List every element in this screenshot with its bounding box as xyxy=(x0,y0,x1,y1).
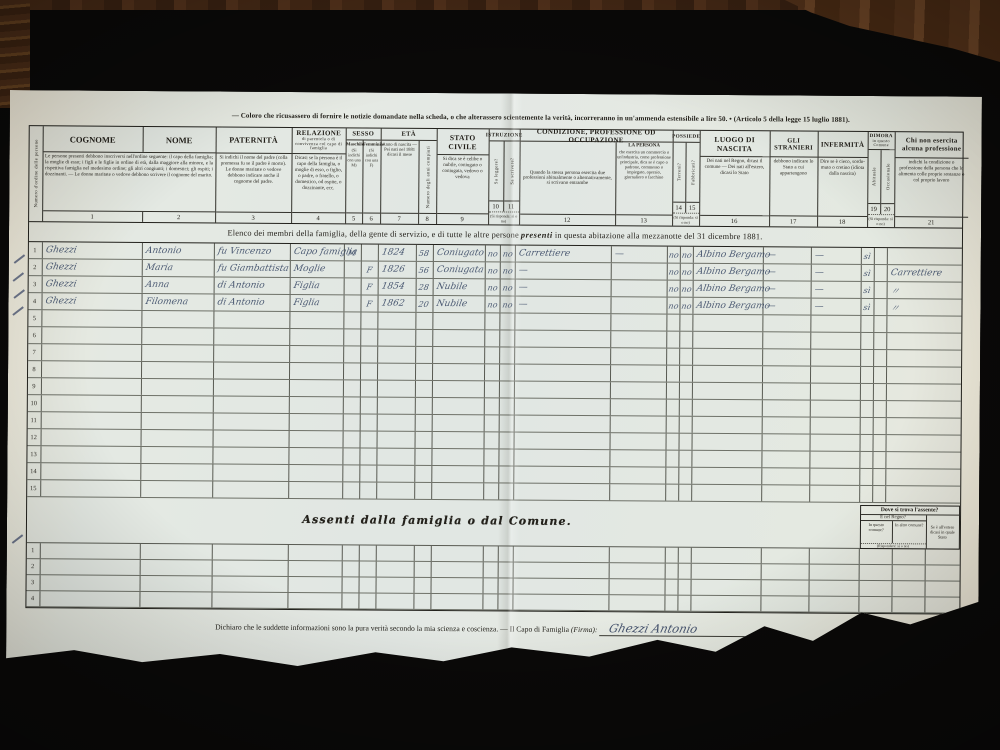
cell-stato xyxy=(433,313,485,329)
cell-prof xyxy=(515,331,611,348)
col-number: 16 xyxy=(700,215,769,226)
cell-sf xyxy=(360,482,377,498)
cell-anno xyxy=(377,466,415,482)
handwritten-value: no xyxy=(501,300,513,309)
cell-nome xyxy=(140,592,212,608)
handwritten-value: 56 xyxy=(418,265,430,274)
cell-infermita xyxy=(809,549,859,564)
cell-relazione xyxy=(290,329,344,345)
handwritten-value: 〃 xyxy=(886,284,900,297)
cell-ab3 xyxy=(925,597,959,612)
header-stranieri-desc: debbono indicare lo Stato a cui apparten… xyxy=(770,157,817,215)
cell-legge xyxy=(485,347,500,363)
cell-fabbricati xyxy=(679,468,692,484)
cell-sf xyxy=(360,397,377,413)
cell-stato xyxy=(432,364,484,380)
cell-ab1 xyxy=(859,565,892,580)
header-infermita: INFERMITÀ Dire se è cieco, sordo-muto o … xyxy=(818,132,869,227)
header-cognome-title: COGNOME xyxy=(43,126,143,152)
cell-terreni xyxy=(666,400,679,416)
cell-fabbricati xyxy=(678,580,691,595)
handwritten-value: Figlia xyxy=(289,298,320,308)
handwritten-value: — xyxy=(514,300,528,310)
cell-sf xyxy=(360,431,377,447)
header-luogo: LUOGO DI NASCITA Dei nati nel Regno, dic… xyxy=(700,131,771,226)
cell-relazione xyxy=(289,448,343,464)
cell-nome xyxy=(141,362,213,379)
handwritten-value: Filomena xyxy=(141,297,188,307)
cell-cognome: Ghezzi xyxy=(42,276,142,293)
cell-cognome xyxy=(42,344,142,361)
cell-abituale xyxy=(860,486,873,502)
cell-anni xyxy=(416,330,433,346)
handwritten-value: no xyxy=(680,267,692,276)
row-number: 2 xyxy=(28,259,42,275)
cell-paternita: fu Giambattista xyxy=(214,260,290,277)
cell-stranieri xyxy=(762,383,810,399)
cell-sf: F xyxy=(361,295,378,311)
cell-anni xyxy=(416,347,433,363)
cell-stranieri xyxy=(763,315,811,331)
col-number: 7 xyxy=(381,213,418,224)
cell-prof xyxy=(514,382,610,399)
cell-occasionale xyxy=(874,282,887,298)
cell-prof: — xyxy=(515,263,611,280)
cell-chinon xyxy=(886,384,960,401)
col-number: 13 xyxy=(616,214,672,225)
cell-occasionale xyxy=(873,486,886,502)
cell-sf xyxy=(360,414,377,430)
cell-anno xyxy=(377,449,415,465)
cell-fabbricati: no xyxy=(680,298,693,314)
header-chinon-desc: indichi la condizione o professione dell… xyxy=(895,158,968,217)
cell-stato xyxy=(433,347,485,363)
cell-anno xyxy=(377,483,415,499)
cell-infermita: — xyxy=(811,265,861,281)
cell-sm xyxy=(343,465,360,481)
handwritten-value: Albino Bergamo xyxy=(692,250,770,261)
cell-anni: 28 xyxy=(416,279,433,295)
cell-luogo xyxy=(691,580,761,595)
cell-luogo: Albino Bergamo xyxy=(693,298,763,314)
cell-anni: 56 xyxy=(416,262,433,278)
cell-anni xyxy=(415,432,432,448)
cell-relazione xyxy=(289,414,343,430)
cell-stranieri xyxy=(763,349,811,365)
header-sesso: SESSO Maschile (Si indichi con una M) 5 … xyxy=(346,128,381,223)
cell-stato xyxy=(432,398,484,414)
cell-stranieri xyxy=(762,451,810,467)
handwritten-value: F xyxy=(366,265,373,274)
cell-nome xyxy=(140,576,212,592)
cell-prof xyxy=(514,399,610,416)
handwritten-value: Carrettiere xyxy=(514,249,570,259)
handwritten-value: sì xyxy=(863,251,871,260)
cell-paternita xyxy=(212,592,288,608)
cell-prof xyxy=(515,348,611,365)
cell-paternita xyxy=(213,464,289,481)
cell-abituale: sì xyxy=(861,265,874,281)
cell-luogo xyxy=(692,383,762,399)
cell-infermita: — xyxy=(811,282,861,298)
cell-sf: F xyxy=(361,278,378,294)
header-luogo-desc: Dei nati nel Regno, dicasi il comune — D… xyxy=(700,157,769,215)
handwritten-value: no xyxy=(486,283,498,292)
cell-stato: Nubile xyxy=(433,279,485,295)
cell-cognome xyxy=(41,480,141,497)
header-chinon: Chi non esercita alcuna professione indi… xyxy=(894,132,969,228)
cell-terreni xyxy=(665,596,678,611)
cell-cognome: Ghezzi xyxy=(42,259,142,276)
col-number: 8 xyxy=(419,213,436,224)
header-sa-scrivere: Sa scrivere? xyxy=(509,157,514,184)
header-condizione: CONDIZIONE, PROFESSIONE OD OCCUPAZIONE Q… xyxy=(520,130,673,226)
row-number: 14 xyxy=(27,463,41,479)
subtitle-pre: Elenco dei membri della famiglia, della … xyxy=(227,229,518,240)
cell-relazione xyxy=(290,346,344,362)
header-possiede: POSSIEDE Terreni? 14 Fabbricati? 15 (Si … xyxy=(673,131,700,226)
cell-sm xyxy=(343,482,360,498)
handwritten-value: Maria xyxy=(141,263,173,273)
cell-relazione xyxy=(290,312,344,328)
header-cognome-nome: COGNOME NOME Le persone presenti debbono… xyxy=(43,126,216,222)
handwritten-value: 1854 xyxy=(377,282,405,292)
cell-chinon xyxy=(887,248,961,265)
cell-paternita xyxy=(213,413,289,430)
header-possiede-title: POSSIEDE xyxy=(673,131,699,143)
cell-abituale xyxy=(860,469,873,485)
handwritten-value: di Antonio xyxy=(213,297,265,307)
header-terreni: Terreni? xyxy=(676,163,681,181)
cell-nome xyxy=(141,447,213,464)
header-abituale: Abituale xyxy=(871,167,876,186)
cell-abituale: sì xyxy=(861,299,874,315)
header-paternita-desc: Si indichi il nome del padre (colla prem… xyxy=(216,153,291,212)
handwritten-value: 1824 xyxy=(377,248,405,258)
handwritten-value: Coniugato xyxy=(432,248,484,258)
cell-sf xyxy=(361,244,378,260)
cell-cognome xyxy=(41,395,141,412)
handwritten-value: — xyxy=(762,301,776,311)
cell-relazione xyxy=(288,561,342,576)
tally-mark xyxy=(12,534,23,543)
cell-abituale xyxy=(860,435,873,451)
cell-paternita xyxy=(212,544,288,560)
cell-sf xyxy=(361,312,378,328)
handwritten-value: Ghezzi xyxy=(41,262,77,272)
cell-anni xyxy=(415,364,432,380)
cell-prof xyxy=(514,416,610,433)
cell-abituale xyxy=(861,350,874,366)
cell-luogo xyxy=(692,485,762,501)
handwritten-value: Antonio xyxy=(141,246,181,256)
row-number: 15 xyxy=(27,480,41,496)
cell-sf xyxy=(361,329,378,345)
cell-stranieri xyxy=(761,548,809,563)
handwritten-value: Albino Bergamo xyxy=(692,301,770,312)
cell-luogo xyxy=(693,332,763,348)
cell-nome xyxy=(140,544,212,560)
cell-terreni: no xyxy=(667,264,680,280)
cell-terreni xyxy=(665,564,678,579)
header-sesso-title: SESSO xyxy=(346,128,380,140)
cell-stato: Nubile xyxy=(433,296,485,312)
cell-ab2 xyxy=(892,549,925,564)
header-paternita: PATERNITÀ Si indichi il nome del padre (… xyxy=(216,127,293,223)
cell-sm xyxy=(344,346,361,362)
col-number: 20 xyxy=(881,203,894,214)
cell-luogo xyxy=(691,548,761,563)
handwritten-value: no xyxy=(487,249,499,258)
col-number: 12 xyxy=(520,214,615,226)
cell-occasionale xyxy=(874,299,887,315)
cell-sm xyxy=(343,448,360,464)
subtitle-presenti: presenti xyxy=(521,231,553,240)
cell-relazione: Capo famiglia xyxy=(290,244,344,260)
cell-stranieri: — xyxy=(763,281,811,297)
cell-fabbricati xyxy=(679,366,692,382)
cell-infermita xyxy=(810,486,860,502)
cell-relazione xyxy=(289,465,343,481)
cell-anno: 1862 xyxy=(378,296,416,312)
cell-occasionale xyxy=(874,350,887,366)
handwritten-value: no xyxy=(668,250,680,259)
handwritten-value: — xyxy=(810,302,824,312)
cell-chinon xyxy=(886,435,960,452)
cell-sm xyxy=(342,545,359,560)
cell-cognome xyxy=(41,463,141,480)
cell-stato: Coniugata xyxy=(433,262,485,278)
cell-anni xyxy=(415,398,432,414)
rownum-label: Numero d'ordine delle persone xyxy=(33,140,38,208)
row-number: 10 xyxy=(27,395,41,411)
cell-terreni xyxy=(666,417,679,433)
cell-ab3 xyxy=(925,565,959,580)
cell-anno xyxy=(376,594,414,609)
header-paternita-title: PATERNITÀ xyxy=(216,127,291,154)
cell-legge xyxy=(485,330,500,346)
cell-luogo xyxy=(693,315,763,331)
handwritten-value: — xyxy=(762,250,776,260)
col-number: 6 xyxy=(363,212,380,223)
cell-abituale xyxy=(861,316,874,332)
cell-occasionale xyxy=(873,469,886,485)
col-number: 18 xyxy=(818,216,867,227)
row-number: 4 xyxy=(28,293,42,309)
cell-abituale xyxy=(860,401,873,417)
cell-prof xyxy=(514,450,610,467)
cell-legge xyxy=(484,381,499,397)
cell-nome xyxy=(142,311,214,328)
cell-luogo xyxy=(692,417,762,433)
cell-anno xyxy=(376,578,414,593)
cell-cognome: Ghezzi xyxy=(42,293,142,310)
row-number: 12 xyxy=(27,429,41,445)
handwritten-value: — xyxy=(762,284,776,294)
cell-terreni xyxy=(666,383,679,399)
cell-stato xyxy=(432,483,484,499)
cell-stranieri xyxy=(762,366,810,382)
cell-sm xyxy=(342,577,359,592)
handwritten-value: no xyxy=(680,301,692,310)
absent-section-header: Assenti dalla famiglia o dal Comune. Dov… xyxy=(26,497,959,550)
cell-infermita xyxy=(809,581,859,596)
cell-chinon xyxy=(886,469,960,486)
row-number: 2 xyxy=(26,559,40,574)
penalty-note: — Coloro che ricusassero di fornire le n… xyxy=(232,112,964,125)
absent-where-box: Dove si trova l'assente? È nel Regno? In… xyxy=(859,505,959,550)
handwritten-value: — xyxy=(762,267,776,277)
handwritten-value: 20 xyxy=(418,299,430,308)
cell-anno xyxy=(378,330,416,346)
cell-sf xyxy=(360,380,377,396)
col-number: 15 xyxy=(686,202,699,213)
cell-stato xyxy=(432,466,484,482)
handwritten-value: fu Giambattista xyxy=(213,263,289,274)
cell-persona xyxy=(609,595,665,610)
cell-sm xyxy=(344,295,361,311)
cell-anni xyxy=(415,466,432,482)
cell-stranieri xyxy=(761,596,809,611)
cell-nome xyxy=(141,379,213,396)
cell-legge xyxy=(483,562,498,577)
cell-stato: Coniugato xyxy=(433,245,485,261)
census-table: Numero d'ordine delle persone COGNOME NO… xyxy=(25,125,963,615)
header-dimora: DIMORA in questo Comune Abituale 19 Occa… xyxy=(868,132,895,227)
cell-stato xyxy=(433,330,485,346)
cell-sf xyxy=(360,465,377,481)
cell-anno xyxy=(377,381,415,397)
header-femminile-note: (Si indichi con una F) xyxy=(363,146,380,212)
row-number: 6 xyxy=(28,327,42,343)
cell-legge: no xyxy=(485,296,500,312)
col-number: 17 xyxy=(770,215,817,226)
cell-legge xyxy=(484,449,499,465)
cell-sm xyxy=(344,261,361,277)
cell-sm xyxy=(343,380,360,396)
cell-infermita xyxy=(810,469,860,485)
cell-infermita xyxy=(811,350,861,366)
cell-ab1 xyxy=(859,549,892,564)
cell-nome: Antonio xyxy=(142,243,214,260)
cell-stato xyxy=(432,449,484,465)
header-stato-desc: Si dica se è celibe o nubile, coniugato … xyxy=(437,155,488,213)
census-sheet: — Coloro che ricusassero di fornire le n… xyxy=(6,90,982,671)
handwritten-value: Figlia xyxy=(289,281,320,291)
tally-mark xyxy=(14,254,25,263)
handwritten-value: — xyxy=(610,249,624,259)
cell-terreni xyxy=(667,315,680,331)
cell-nome xyxy=(141,481,213,498)
cell-infermita xyxy=(810,367,860,383)
cell-terreni xyxy=(665,580,678,595)
cell-cognome xyxy=(40,575,140,591)
cell-cognome xyxy=(42,327,142,344)
cell-stranieri xyxy=(761,564,809,579)
cell-cognome xyxy=(41,446,141,463)
handwritten-value: Carrettiere xyxy=(886,268,942,278)
header-rownum: Numero d'ordine delle persone xyxy=(29,126,44,221)
cell-fabbricati: no xyxy=(680,264,693,280)
cell-occasionale xyxy=(873,418,886,434)
cell-paternita: di Antonio xyxy=(214,277,290,294)
cell-prof xyxy=(514,484,610,501)
cell-prof: — xyxy=(515,280,611,297)
cell-nome: Filomena xyxy=(142,294,214,311)
cell-ab2 xyxy=(892,581,925,596)
cell-stranieri xyxy=(762,417,810,433)
cell-terreni xyxy=(666,468,679,484)
handwritten-value: no xyxy=(680,284,692,293)
cell-infermita xyxy=(810,452,860,468)
cell-persona xyxy=(610,433,666,449)
header-fabbricati: Fabbricati? xyxy=(690,160,695,185)
cell-fabbricati xyxy=(678,564,691,579)
cell-prof: — xyxy=(515,297,611,314)
handwritten-value: no xyxy=(501,266,513,275)
cell-abituale: sì xyxy=(861,248,874,264)
row-number: 1 xyxy=(26,543,40,558)
cell-chinon xyxy=(887,316,961,333)
cell-chinon xyxy=(887,333,961,350)
cell-occasionale xyxy=(874,333,887,349)
cell-terreni: no xyxy=(667,298,680,314)
cell-terreni: no xyxy=(667,281,680,297)
header-relazione-sub: di parentela o di convivenza col capo di… xyxy=(292,137,345,151)
cell-stato xyxy=(432,415,484,431)
cell-ab2 xyxy=(892,565,925,580)
cell-fabbricati xyxy=(680,315,693,331)
cell-prof xyxy=(513,579,609,595)
cell-infermita xyxy=(810,435,860,451)
table-header: Numero d'ordine delle persone COGNOME NO… xyxy=(29,126,963,229)
cell-fabbricati: no xyxy=(680,281,693,297)
cell-cognome xyxy=(40,543,140,559)
handwritten-value: 58 xyxy=(418,248,430,257)
cell-infermita: — xyxy=(811,299,861,315)
cell-fabbricati xyxy=(679,451,692,467)
cell-legge xyxy=(484,364,499,380)
cell-terreni xyxy=(667,349,680,365)
cell-relazione xyxy=(289,397,343,413)
header-sa-leggere: Sa leggere? xyxy=(493,158,498,184)
cell-relazione xyxy=(289,380,343,396)
cell-luogo xyxy=(691,564,761,579)
cell-sf xyxy=(360,448,377,464)
handwritten-value: sì xyxy=(863,268,871,277)
cell-paternita xyxy=(214,345,290,362)
cell-terreni xyxy=(665,548,678,563)
cell-legge xyxy=(483,546,498,561)
header-stato-title: STATO CIVILE xyxy=(437,129,488,155)
cell-sm xyxy=(342,593,359,608)
cell-chinon xyxy=(886,418,960,435)
signature: Ghezzi Antonio xyxy=(598,621,700,636)
cell-legge: no xyxy=(485,279,500,295)
cell-abituale xyxy=(860,452,873,468)
cell-fabbricati xyxy=(679,383,692,399)
cell-paternita xyxy=(212,576,288,592)
cell-stranieri xyxy=(762,468,810,484)
cell-anno xyxy=(377,432,415,448)
col-number: 2 xyxy=(143,212,215,223)
cell-persona xyxy=(611,331,667,347)
cell-chinon xyxy=(886,367,960,384)
col-number: 3 xyxy=(216,211,291,223)
cell-luogo xyxy=(692,400,762,416)
cell-persona xyxy=(610,416,666,432)
header-due-professioni: Quando la stessa persona esercita due pr… xyxy=(520,142,616,215)
